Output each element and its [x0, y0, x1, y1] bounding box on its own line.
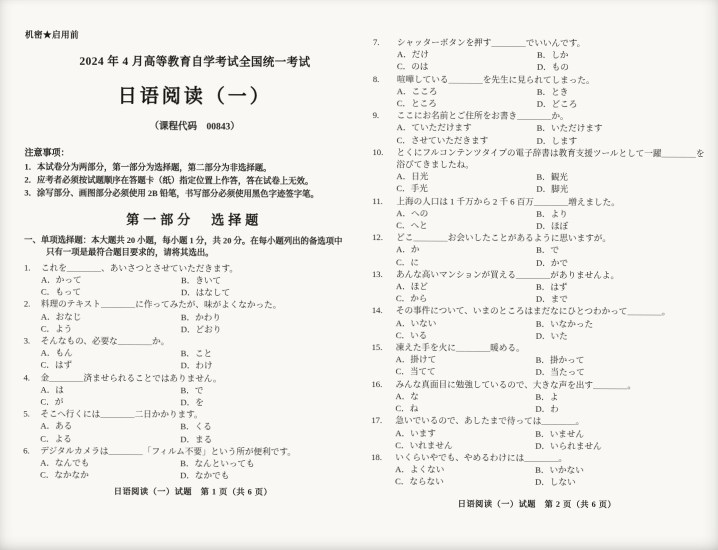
question-number: 16. [371, 378, 395, 390]
option-text: か [411, 245, 420, 255]
option-a: A．な [395, 390, 535, 403]
option-label: C． [396, 219, 410, 231]
option-text: ね [410, 403, 419, 413]
option-text: くる [195, 422, 212, 432]
question-number: 9. [373, 109, 397, 121]
option-label: D． [180, 396, 195, 408]
option-label: A． [40, 457, 55, 469]
option-text: かわり [195, 312, 221, 322]
option-text: なかなか [54, 470, 88, 480]
option-text: ほぼ [551, 221, 568, 231]
question-stem: とくにフルコンテンツタイプの電子辞書は教育支援ツールとして一躍＿＿＿＿を浴びてき… [396, 146, 704, 172]
page-1: 机密★启用前 2024 年 4 月高等教育自学考试全国统一考试 日语阅读（一） … [23, 29, 365, 499]
question-block: 8. 喧嘩している＿＿＿＿を先生に見られてしまった。 A．こころ B．とき C．… [373, 73, 705, 111]
option-text: ところ [411, 98, 437, 108]
question-block: 11. 上海の人口は 1 千万から 2 千 6 百万＿＿＿＿増えました。 A．へ… [372, 195, 704, 233]
question-number: 17. [371, 414, 395, 426]
option-text: こころ [412, 86, 438, 96]
option-d: D．いた [536, 330, 704, 343]
option-text: させていただきます [411, 135, 488, 145]
question-block: 7. シャッターボタンを押す＿＿＿＿でいいんです。 A．だけ B．しか C．のは… [373, 36, 705, 74]
option-a: A．ほど [396, 280, 536, 293]
question-number: 7. [373, 36, 397, 48]
question-block: 1. これを＿＿＿＿、あいさつとさせていただきます。 A．かって B．きいて C… [24, 261, 364, 299]
option-label: A． [396, 353, 411, 365]
option-d: D．わけ [181, 360, 364, 373]
option-c: C．が [40, 396, 180, 409]
option-a: A．もん [41, 347, 181, 360]
option-a: A．いない [396, 317, 536, 330]
question-number: 13. [372, 268, 396, 280]
option-label: A． [396, 317, 411, 329]
option-label: C． [40, 469, 54, 481]
option-text: いなかった [550, 319, 593, 329]
option-label: A． [40, 420, 55, 432]
question-number: 14. [372, 305, 396, 317]
question-block: 14. その事件について、いまのところはまだなにひとつわかって＿＿＿＿。 A．い… [372, 305, 704, 343]
question-block: 15. 凍えた手を火に＿＿＿＿暖める。 A．掛けて B．掛かって C．当てて D… [372, 341, 704, 379]
option-d: D．当たって [536, 366, 704, 379]
option-text: へと [411, 220, 428, 230]
option-label: C． [40, 432, 54, 444]
option-text: のは [411, 62, 428, 72]
question-options: A．こころ B．とき C．ところ D．どころ [397, 85, 705, 111]
option-a: A．日光 [396, 170, 536, 183]
option-label: C． [396, 183, 410, 195]
option-text: に [410, 257, 419, 267]
question-options: A．だけ B．しか C．のは D．もの [397, 48, 705, 74]
option-text: なんでも [55, 458, 89, 468]
option-c: C．はず [41, 359, 181, 372]
question-block: 18. いくらいやでも、やめるわけには＿＿＿＿。 A．よくない B．いかない C… [371, 451, 703, 489]
question-block: 5. そこへ行くには＿＿＿＿二日かかります。 A．ある B．くる C．よる D．… [23, 408, 363, 446]
option-c: C．当てて [396, 366, 536, 379]
option-c: C．から [396, 292, 536, 305]
option-label: D． [535, 439, 550, 451]
course-code: （课程代码 00843） [25, 118, 365, 133]
scanned-exam-document: 机密★启用前 2024 年 4 月高等教育自学考试全国统一考试 日语阅读（一） … [0, 0, 718, 550]
option-label: D． [537, 134, 552, 146]
question-options: A．よくない B．いかない C．ならない D．しない [395, 463, 703, 489]
question-number: 8. [373, 73, 397, 85]
option-label: B． [536, 244, 550, 256]
option-text: 掛けて [410, 355, 436, 365]
option-d: D．しない [535, 476, 703, 489]
option-label: C． [396, 366, 410, 378]
option-label: D． [536, 220, 551, 232]
option-text: はず [550, 282, 567, 292]
option-text: は [55, 385, 64, 395]
option-b: B．かわり [181, 311, 364, 324]
option-text: わけ [195, 361, 212, 371]
option-text: どおり [196, 324, 222, 334]
option-text: いない [411, 318, 437, 328]
option-b: B．よ [535, 391, 703, 404]
option-label: B． [537, 49, 551, 61]
option-d: D．を [180, 396, 363, 409]
question-block: 16. みんな真面目に勉強しているので、大きな声を出す＿＿＿＿。 A．な B．よ… [371, 378, 703, 416]
option-c: C．いれません [395, 439, 535, 452]
option-a: A．だけ [397, 48, 537, 61]
option-label: D． [536, 366, 551, 378]
option-text: から [410, 293, 427, 303]
question-number: 15. [372, 341, 396, 353]
option-text: しか [551, 50, 568, 60]
option-b: B．で [180, 384, 363, 397]
question-options: A．ある B．くる C．よる D．まる [40, 420, 363, 446]
option-label: B． [180, 384, 194, 396]
option-c: C．なかなか [40, 469, 180, 482]
question-options: A．かって B．きいて C．もって D．はなして [41, 274, 364, 300]
option-text: が [55, 397, 64, 407]
option-text: しない [550, 477, 576, 487]
option-text: もって [55, 287, 81, 297]
option-text: ならない [409, 477, 443, 487]
option-label: D． [537, 98, 552, 110]
option-label: B． [180, 457, 194, 469]
page2-footer: 日语阅读（一）试题 第 2 页（共 6 页） [371, 498, 703, 510]
option-a: A．ある [40, 420, 180, 433]
option-c: C．のは [397, 61, 537, 74]
question-options: A．なんでも B．なんといっても C．なかなか D．なかでも [40, 457, 363, 483]
option-text: よ [550, 392, 559, 402]
instruction-line-2: 只有一项是最符合题目要求的，请将其选出。 [24, 247, 364, 261]
option-text: いかない [549, 465, 583, 475]
option-c: C．へと [396, 219, 536, 232]
option-text: まで [551, 294, 568, 304]
option-label: A． [396, 280, 411, 292]
option-text: 掛かって [550, 355, 584, 365]
option-text: わ [550, 404, 559, 414]
option-text: ほど [411, 281, 428, 291]
option-text: いません [550, 428, 584, 438]
option-text: 観光 [551, 172, 568, 182]
option-text: 当たって [550, 367, 584, 377]
option-label: C． [397, 61, 411, 73]
section-instruction: 一、单项选择题：本大题共 20 小题，每小题 1 分，共 20 分。在每小题列出… [24, 235, 364, 261]
question-number: 1. [24, 261, 41, 273]
option-a: A．掛けて [396, 353, 536, 366]
option-b: B．いただけます [537, 122, 705, 135]
option-a: A．います [395, 427, 535, 440]
option-c: C．に [396, 256, 536, 269]
option-b: B．掛かって [536, 354, 704, 367]
question-number: 5. [23, 408, 40, 420]
question-block: 10. とくにフルコンテンツタイプの電子辞書は教育支援ツールとして一躍＿＿＿＿を… [372, 146, 704, 196]
option-label: A． [396, 170, 411, 182]
option-label: A． [395, 463, 410, 475]
option-a: A．かって [41, 274, 181, 287]
option-d: D．かで [536, 256, 704, 269]
option-label: B． [535, 427, 549, 439]
option-label: D． [535, 476, 550, 488]
question-block: 2. 料理のテキスト＿＿＿＿に作ってみたが、味がよくなかった。 A．おなじ B．… [24, 298, 364, 336]
question-options: A．掛けて B．掛かって C．当てて D．当たって [396, 353, 704, 379]
option-label: C． [395, 402, 409, 414]
option-label: C． [41, 286, 55, 298]
option-label: A． [41, 310, 56, 322]
option-label: A． [396, 244, 411, 256]
option-label: A． [41, 274, 56, 286]
option-label: B． [537, 86, 551, 98]
option-text: どころ [552, 99, 578, 109]
option-a: A．よくない [395, 463, 535, 476]
option-text: もの [552, 62, 569, 72]
option-label: D． [537, 61, 552, 73]
question-block: 13. あんな高いマンションが買える＿＿＿＿がありませんよ。 A．ほど B．はず… [372, 268, 704, 306]
option-label: C． [396, 329, 410, 341]
option-label: B． [536, 317, 550, 329]
question-number: 3. [24, 335, 41, 347]
question-number: 12. [372, 231, 396, 243]
option-text: 手光 [411, 184, 428, 194]
option-text: よる [55, 433, 72, 443]
option-b: B．こと [181, 347, 364, 360]
question-list-page1: 1. これを＿＿＿＿、あいさつとさせていただきます。 A．かって B．きいて C… [23, 261, 364, 482]
option-label: D． [536, 183, 551, 195]
option-text: かで [551, 257, 568, 267]
option-text: とき [551, 87, 568, 97]
question-options: A．への B．より C．へと D．ほぼ [396, 207, 704, 233]
option-label: D． [181, 286, 196, 298]
option-b: B．いません [535, 427, 703, 440]
option-b: B．しか [537, 49, 705, 62]
option-c: C．させていただきます [397, 134, 537, 147]
option-d: D．します [537, 134, 705, 147]
option-label: B． [537, 122, 551, 134]
question-number: 2. [24, 298, 41, 310]
option-a: A．ていただけます [397, 122, 537, 135]
option-text: いる [410, 330, 427, 340]
option-label: B． [536, 281, 550, 293]
option-label: A． [397, 122, 412, 134]
option-label: C． [41, 322, 55, 334]
option-c: C．いる [396, 329, 536, 342]
notes-title: 注意事项： [25, 146, 365, 160]
option-label: C． [41, 359, 55, 371]
option-d: D．どおり [181, 323, 364, 336]
option-text: いた [551, 331, 568, 341]
question-number: 4. [24, 371, 41, 383]
option-b: B．いかない [535, 464, 703, 477]
option-label: B． [180, 421, 194, 433]
option-c: C．ね [395, 402, 535, 415]
option-text: 脚光 [551, 184, 568, 194]
option-b: B．で [536, 244, 704, 257]
question-options: A．います B．いません C．いれません D．いられません [395, 427, 703, 453]
option-a: A．なんでも [40, 457, 180, 470]
option-c: C．もって [41, 286, 181, 299]
option-label: A． [395, 390, 410, 402]
option-text: こと [195, 349, 212, 359]
option-text: はなして [196, 288, 230, 298]
option-label: D． [536, 293, 551, 305]
option-text: なかでも [195, 471, 229, 481]
option-label: B． [535, 464, 549, 476]
option-label: A． [397, 48, 412, 60]
option-text: より [551, 209, 568, 219]
question-options: A．ほど B．はず C．から D．まで [396, 280, 704, 306]
option-text: な [410, 391, 419, 401]
option-label: A． [397, 85, 412, 97]
option-text: はず [55, 360, 72, 370]
option-label: C． [40, 396, 54, 408]
option-b: B．より [536, 208, 704, 221]
subject-title: 日语阅读（一） [25, 81, 365, 109]
question-number: 11. [372, 195, 396, 207]
option-label: D． [181, 323, 196, 335]
option-a: A．は [40, 383, 180, 396]
option-label: C． [395, 439, 409, 451]
option-d: D．はなして [181, 286, 364, 299]
question-block: 9. ここにお名前とご住所をお書き＿＿＿＿か。 A．ていただけます B．いただけ… [373, 109, 705, 147]
option-text: よう [55, 324, 72, 334]
question-block: 17. 急いでいるので、あしたまで待っては＿＿＿＿。 A．います B．いません … [371, 414, 703, 452]
question-options: A．いない B．いなかった C．いる D．いた [396, 317, 704, 343]
question-block: 4. 金＿＿＿＿済ませられることではありません。 A．は B．で C．が D．を [23, 371, 363, 409]
exam-title: 2024 年 4 月高等教育自学考试全国统一考试 [25, 53, 365, 70]
option-label: B． [181, 347, 195, 359]
option-text: かって [56, 275, 82, 285]
option-c: C．よる [40, 432, 180, 445]
option-label: D． [181, 360, 196, 372]
option-d: D．もの [537, 61, 705, 74]
option-label: D． [536, 330, 551, 342]
option-d: D．脚光 [536, 183, 704, 196]
option-b: B．観光 [536, 171, 704, 184]
question-options: A．は B．で C．が D．を [40, 383, 363, 409]
option-label: B． [536, 208, 550, 220]
option-label: A． [40, 383, 55, 395]
option-b: B．いなかった [536, 317, 704, 330]
option-text: なんといっても [194, 458, 254, 468]
confidential-label: 机密★启用前 [25, 29, 365, 42]
question-block: 3. そんなもの、必要な＿＿＿＿か。 A．もん B．こと C．はず D．わけ [24, 335, 364, 373]
option-label: C． [395, 475, 409, 487]
option-d: D．どころ [537, 98, 705, 111]
question-options: A．ていただけます B．いただけます C．させていただきます D．します [397, 122, 705, 148]
option-label: B． [535, 391, 549, 403]
option-b: B．はず [536, 281, 704, 294]
note-item-3: 3．涂写部分、画图部分必须使用 2B 铅笔，书写部分必须使用黑色字迹签字笔。 [24, 187, 364, 201]
option-c: C．ところ [397, 97, 537, 110]
option-label: A． [41, 347, 56, 359]
option-c: C．ならない [395, 475, 535, 488]
question-options: A．日光 B．観光 C．手光 D．脚光 [396, 170, 704, 196]
option-b: B．くる [180, 421, 363, 434]
option-c: C．手光 [396, 183, 536, 196]
option-text: よくない [410, 464, 444, 474]
option-text: いただけます [551, 123, 603, 133]
option-a: A．こころ [397, 85, 537, 98]
option-a: A．か [396, 244, 536, 257]
option-a: A．おなじ [41, 310, 181, 323]
option-label: C． [397, 134, 411, 146]
question-block: 12. どこ＿＿＿＿お会いしたことがあるように思いますが。 A．か B．で C．… [372, 231, 704, 269]
option-text: を [195, 397, 204, 407]
option-text: いれません [410, 440, 453, 450]
section-title: 第一部分 选择题 [24, 209, 364, 229]
option-label: C． [396, 292, 410, 304]
option-text: もん [55, 348, 72, 358]
option-text: いられません [550, 441, 602, 451]
option-text: います [410, 428, 436, 438]
option-text: まる [195, 434, 212, 444]
option-b: B．なんといっても [180, 457, 363, 470]
option-text: おなじ [56, 311, 82, 321]
option-text: します [551, 135, 577, 145]
question-stem-row: 10. とくにフルコンテンツタイプの電子辞書は教育支援ツールとして一躍＿＿＿＿を… [372, 146, 704, 172]
question-options: A．おなじ B．かわり C．よう D．どおり [41, 310, 364, 336]
page-2: 7. シャッターボタンを押す＿＿＿＿でいいんです。 A．だけ B．しか C．のは… [371, 36, 705, 510]
option-label: B． [536, 354, 550, 366]
option-d: D．ほぼ [536, 220, 704, 233]
question-number: 10. [372, 146, 396, 171]
option-label: D． [535, 403, 550, 415]
option-text: で [195, 385, 204, 395]
question-number: 6. [23, 444, 40, 456]
option-d: D．いられません [535, 439, 703, 452]
option-text: への [411, 208, 428, 218]
option-text: だけ [412, 49, 429, 59]
option-c: C．よう [41, 322, 181, 335]
question-list-page2: 7. シャッターボタンを押す＿＿＿＿でいいんです。 A．だけ B．しか C．のは… [371, 36, 705, 489]
question-options: A．もん B．こと C．はず D．わけ [41, 347, 364, 373]
option-text: 日光 [411, 171, 428, 181]
option-text: で [550, 245, 559, 255]
question-block: 6. デジタルカメラは＿＿＿＿「フィルム不要」という所が便利です。 A．なんでも… [23, 444, 363, 482]
option-label: A． [396, 207, 411, 219]
option-text: 当てて [410, 367, 436, 377]
option-b: B．きいて [181, 274, 364, 287]
option-label: A． [395, 427, 410, 439]
option-b: B．とき [537, 86, 705, 99]
option-label: C． [396, 256, 410, 268]
option-label: B． [181, 311, 195, 323]
option-text: ある [55, 421, 72, 431]
page1-footer: 日语阅读（一）试题 第 1 页（共 6 页） [23, 486, 363, 498]
option-label: D． [180, 433, 195, 445]
option-label: D． [536, 256, 551, 268]
question-options: A．な B．よ C．ね D．わ [395, 390, 703, 416]
option-text: きいて [195, 275, 221, 285]
option-a: A．への [396, 207, 536, 220]
option-d: D．なかでも [180, 469, 363, 482]
option-d: D．まで [536, 293, 704, 306]
option-label: D． [180, 469, 195, 481]
option-d: D．まる [180, 433, 363, 446]
question-number: 18. [371, 451, 395, 463]
option-label: B． [181, 274, 195, 286]
question-options: A．か B．で C．に D．かで [396, 244, 704, 270]
option-label: B． [536, 171, 550, 183]
option-label: C． [397, 97, 411, 109]
exam-sheet: 机密★启用前 2024 年 4 月高等教育自学考试全国统一考试 日语阅读（一） … [0, 0, 718, 550]
option-text: ていただけます [411, 123, 471, 133]
option-d: D．わ [535, 403, 703, 416]
